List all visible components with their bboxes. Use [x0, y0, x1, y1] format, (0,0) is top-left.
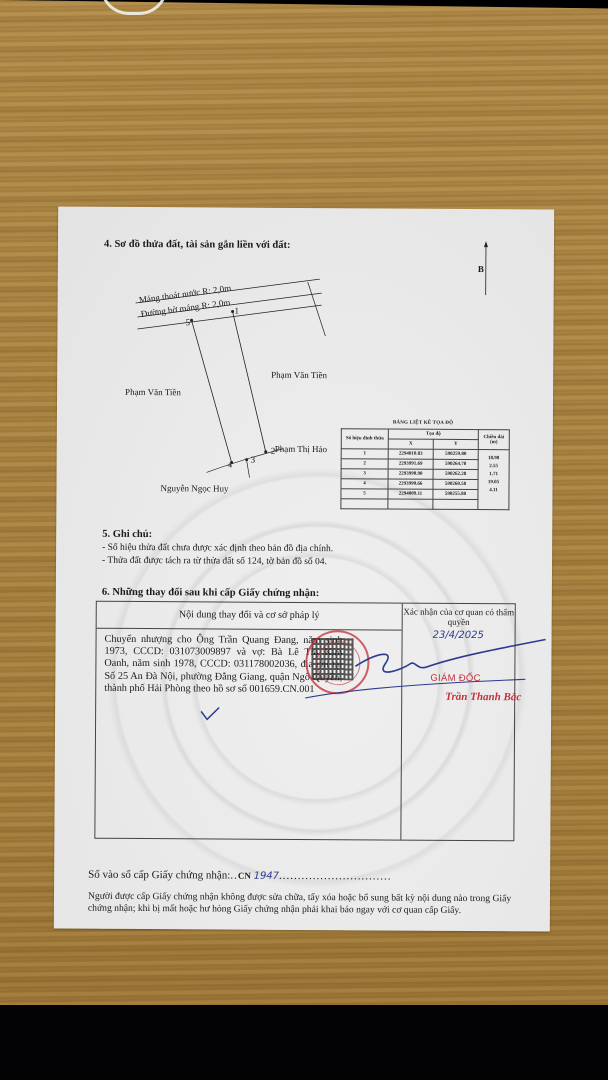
registration-number: 1947	[254, 871, 280, 882]
dark-foreground	[0, 1005, 608, 1080]
registration-line: Số vào sổ cấp Giấy chứng nhận:..CN 1947.…	[88, 869, 391, 883]
registration-prefix: CN	[238, 871, 251, 881]
certificate-page: 4. Sơ đồ thửa đất, tài sản gắn liền với …	[54, 206, 554, 931]
role-title: GIÁM ĐỐC	[430, 673, 481, 684]
signer-name: Trần Thanh Bắc	[445, 691, 521, 703]
registration-label: Số vào sổ cấp Giấy chứng nhận:	[88, 869, 230, 882]
warning-text: Người được cấp Giấy chứng nhận không đượ…	[88, 891, 528, 918]
handwritten-signature	[54, 206, 554, 931]
